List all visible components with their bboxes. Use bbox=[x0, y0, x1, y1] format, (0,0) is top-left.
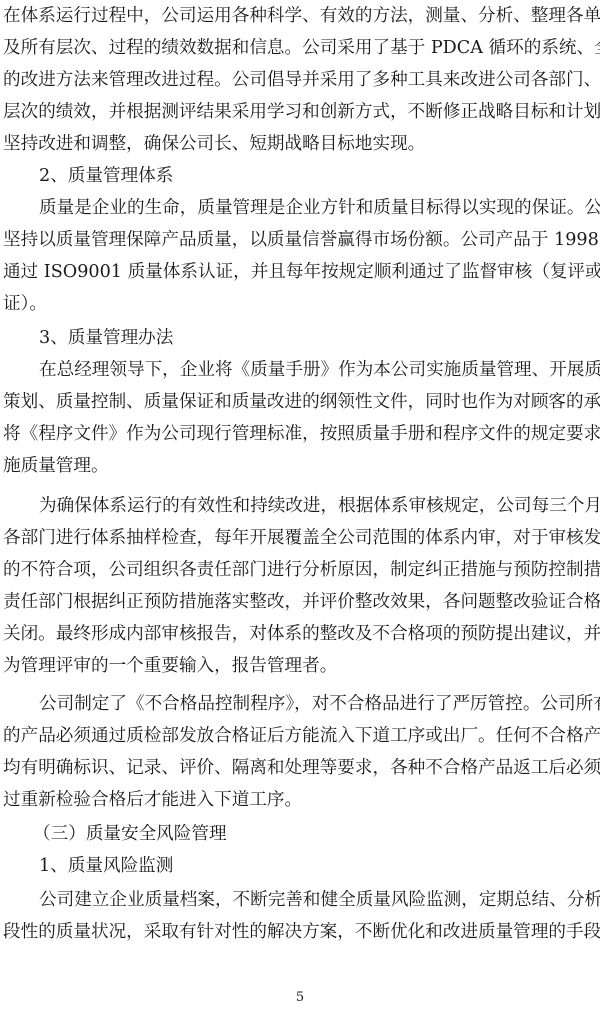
section-heading: 2、质量管理体系 bbox=[3, 160, 173, 192]
text-line: 公司建立企业质量档案，不断完善和健全质量风险监测，定期总结、分析阶 bbox=[3, 884, 597, 916]
page-number: 5 bbox=[0, 990, 600, 1006]
text-line: 通过 ISO9001 质量体系认证，并且每年按规定顺利通过了监督审核（复评或再认 bbox=[3, 256, 597, 288]
text-line: 过重新检验合格后才能进入下道工序。 bbox=[3, 784, 302, 816]
text-line: 将《程序文件》作为公司现行管理标准，按照质量手册和程序文件的规定要求实 bbox=[3, 418, 597, 450]
text-line: 的产品必须通过质检部发放合格证后方能流入下道工序或出厂。任何不合格产品 bbox=[3, 720, 597, 752]
text-line: 在总经理领导下，企业将《质量手册》作为本公司实施质量管理、开展质量 bbox=[3, 354, 597, 386]
text-line: 策划、质量控制、质量保证和质量改进的纲领性文件，同时也作为对顾客的承诺； bbox=[3, 386, 597, 418]
text-line: 关闭。最终形成内部审核报告，对体系的整改及不合格项的预防提出建议，并作 bbox=[3, 618, 597, 650]
text-line: 证）。 bbox=[3, 288, 47, 320]
text-line: 段性的质量状况，采取有针对性的解决方案，不断优化和改进质量管理的手段和 bbox=[3, 916, 597, 948]
text-line: 公司制定了《不合格品控制程序》，对不合格品进行了严厉管控。公司所有 bbox=[3, 688, 597, 720]
text-line: 各部门进行体系抽样检查，每年开展覆盖全公司范围的体系内审，对于审核发现 bbox=[3, 522, 597, 554]
text-line: 坚持改进和调整，确保公司长、短期战略目标地实现。 bbox=[3, 128, 425, 160]
text-line: 坚持以质量管理保障产品质量，以质量信誉赢得市场份额。公司产品于 1998 年 bbox=[3, 224, 597, 256]
text-line: 为确保体系运行的有效性和持续改进，根据体系审核规定，公司每三个月对 bbox=[3, 490, 597, 522]
text-line: 质量是企业的生命，质量管理是企业方针和质量目标得以实现的保证。公司 bbox=[3, 192, 597, 224]
text-line: 在体系运行过程中，公司运用各种科学、有效的方法，测量、分析、整理各单位 bbox=[3, 0, 597, 32]
text-line: 为管理评审的一个重要输入，报告管理者。 bbox=[3, 650, 337, 682]
text-line: 的改进方法来管理改进过程。公司倡导并采用了多种工具来改进公司各部门、各 bbox=[3, 64, 597, 96]
section-heading: 1、质量风险监测 bbox=[3, 850, 173, 882]
text-line: 施质量管理。 bbox=[3, 450, 109, 482]
text-line: 的不符合项，公司组织各责任部门进行分析原因，制定纠正措施与预防控制措施， bbox=[3, 554, 597, 586]
text-line: 层次的绩效，并根据测评结果采用学习和创新方式，不断修正战略目标和计划， bbox=[3, 96, 597, 128]
section-heading: （三）质量安全风险管理 bbox=[3, 818, 227, 850]
text-line: 及所有层次、过程的绩效数据和信息。公司采用了基于 PDCA 循环的系统、全面 bbox=[3, 32, 597, 64]
text-line: 均有明确标识、记录、评价、隔离和处理等要求，各种不合格产品返工后必须经 bbox=[3, 752, 597, 784]
text-line: 责任部门根据纠正预防措施落实整改，并评价整改效果，各问题整改验证合格后 bbox=[3, 586, 597, 618]
section-heading: 3、质量管理办法 bbox=[3, 322, 173, 354]
